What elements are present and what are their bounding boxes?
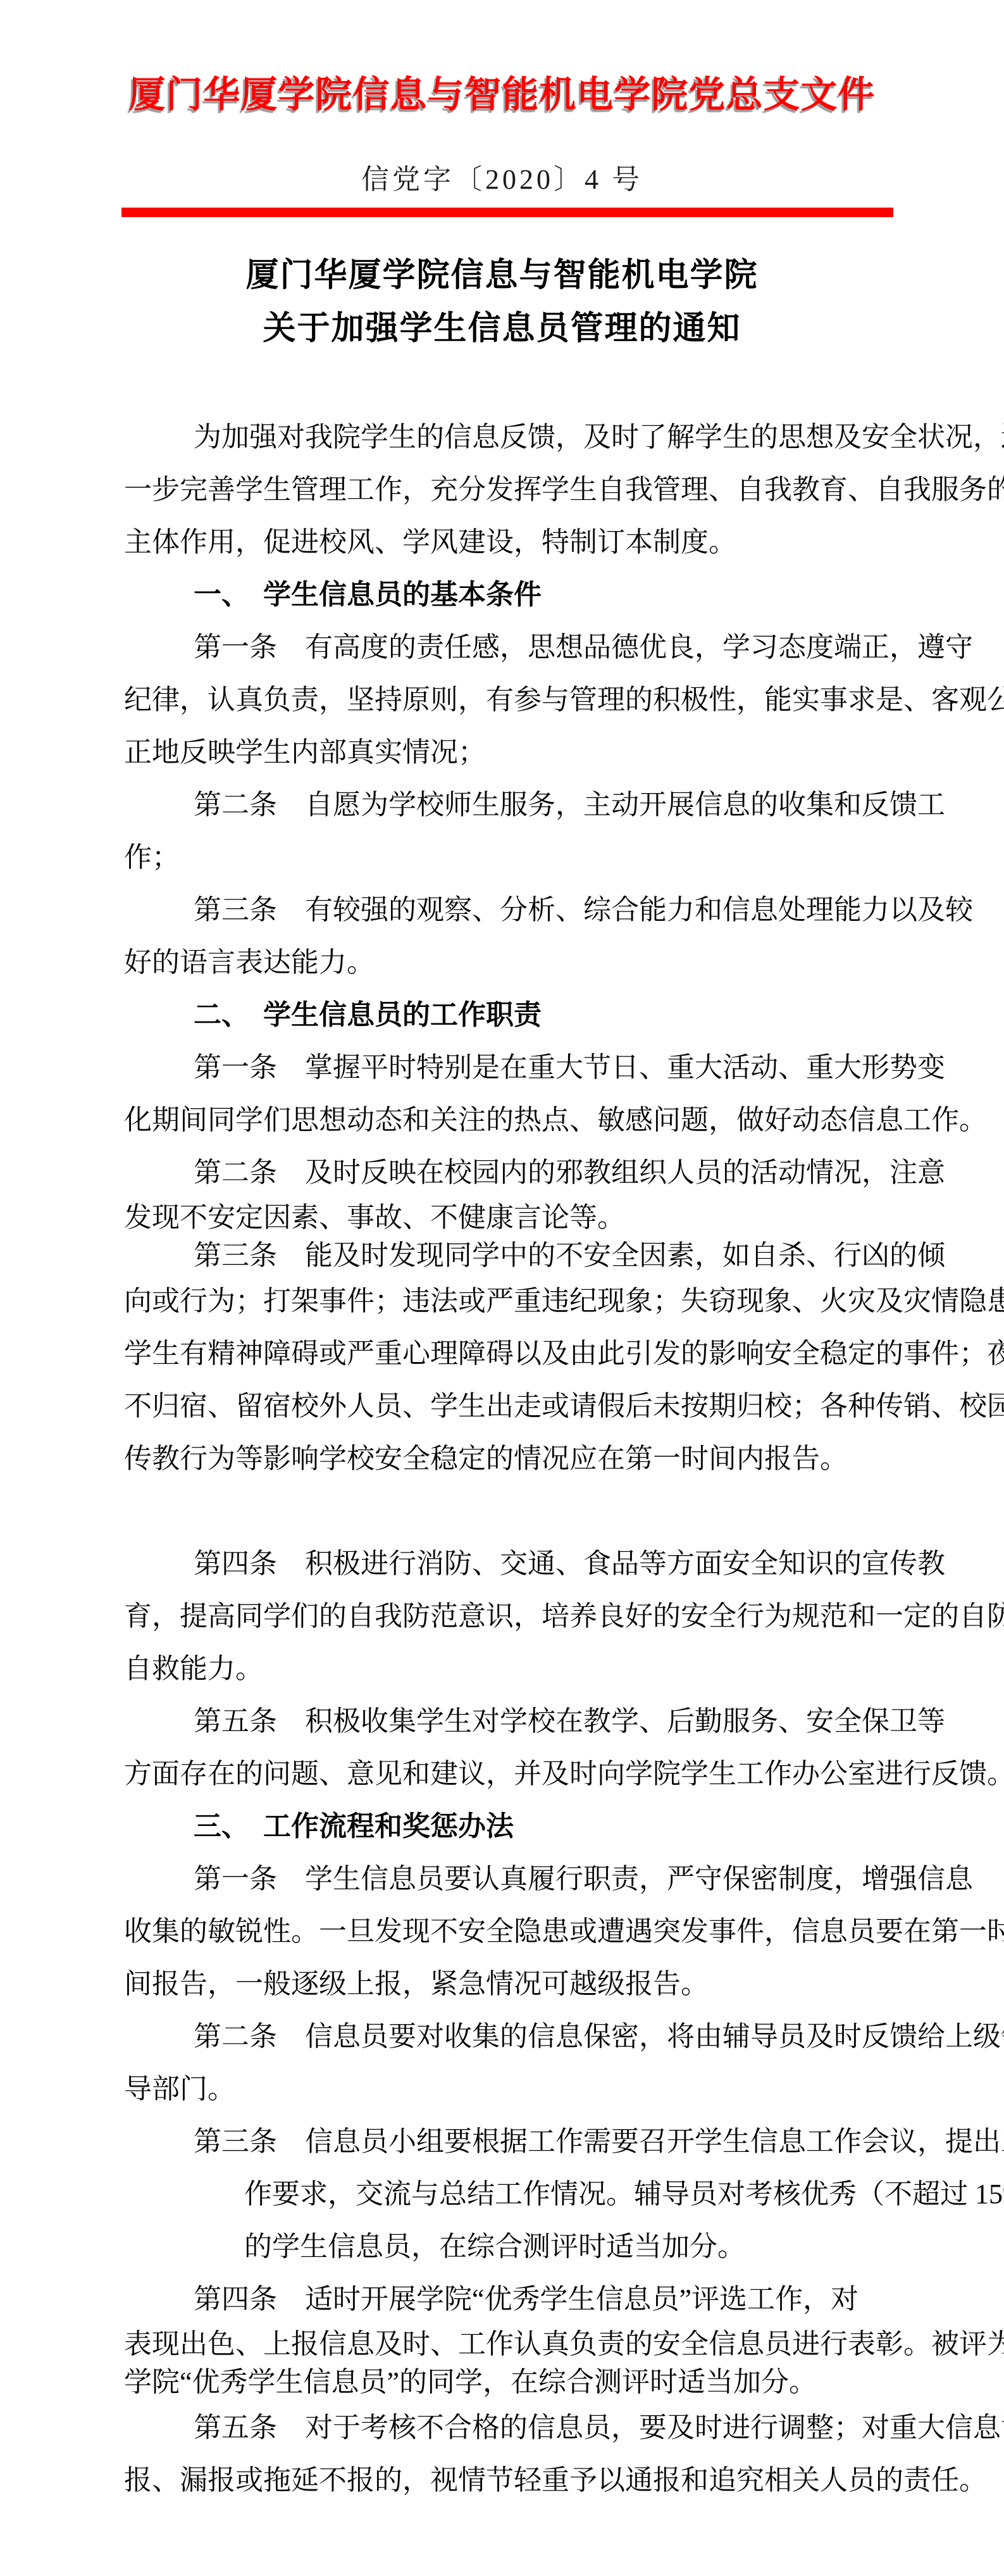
document-line: 第一条 掌握平时特别是在重大节日、重大活动、重大形势变 bbox=[124, 1038, 1004, 1091]
document-line: 收集的敏锐性。一旦发现不安全隐患或遭遇突发事件，信息员要在第一时 bbox=[124, 1902, 1004, 1954]
section-heading: 三、 工作流程和奖惩办法 bbox=[124, 1797, 1004, 1849]
document-line: 第五条 对于考核不合格的信息员，要及时进行调整；对重大信息谎 bbox=[124, 2398, 1004, 2451]
document-line: 学院“优秀学生信息员”的同学，在综合测评时适当加分。 bbox=[124, 2360, 1004, 2398]
document-line: 传教行为等影响学校安全稳定的情况应在第一时间内报告。 bbox=[124, 1429, 1004, 1482]
document-line: 间报告，一般逐级上报，紧急情况可越级报告。 bbox=[124, 1954, 1004, 2007]
document-line: 育，提高同学们的自我防范意识，培养良好的安全行为规范和一定的自防、 bbox=[124, 1587, 1004, 1639]
doc-number: 信党字〔2020〕4 号 bbox=[0, 165, 1004, 195]
document-line: 作； bbox=[124, 828, 1004, 880]
document-line: 表现出色、上报信息及时、工作认真负责的安全信息员进行表彰。被评为 bbox=[124, 2322, 1004, 2360]
document-title-line2: 关于加强学生信息员管理的通知 bbox=[0, 302, 1004, 355]
document-line: 第三条 信息员小组要根据工作需要召开学生信息工作会议，提出工 bbox=[124, 2112, 1004, 2165]
document-body: 为加强对我院学生的信息反馈，及时了解学生的思想及安全状况，进一步完善学生管理工作… bbox=[124, 408, 1004, 2503]
document-line: 导部门。 bbox=[124, 2060, 1004, 2112]
document-line: 向或行为；打架事件；违法或严重违纪现象；失窃现象、火灾及灾情隐患； bbox=[124, 1272, 1004, 1324]
document-line: 纪律，认真负责，坚持原则，有参与管理的积极性，能实事求是、客观公 bbox=[124, 670, 1004, 723]
document-line: 第一条 有高度的责任感，思想品德优良，学习态度端正，遵守 bbox=[124, 618, 1004, 670]
section-heading: 一、 学生信息员的基本条件 bbox=[124, 565, 1004, 618]
document-title-line1: 厦门华厦学院信息与智能机电学院 bbox=[0, 249, 1004, 302]
document-line: 第二条 信息员要对收集的信息保密，将由辅导员及时反馈给上级领 bbox=[124, 2007, 1004, 2060]
document-line: 的学生信息员，在综合测评时适当加分。 bbox=[124, 2217, 1004, 2270]
document-line: 第二条 自愿为学校师生服务，主动开展信息的收集和反馈工 bbox=[124, 775, 1004, 828]
document-line: 第二条 及时反映在校园内的邪教组织人员的活动情况，注意 bbox=[124, 1143, 1004, 1196]
paragraph-spacer bbox=[124, 1482, 1004, 1534]
document-line: 学生有精神障碍或严重心理障碍以及由此引发的影响安全稳定的事件；夜 bbox=[124, 1324, 1004, 1377]
document-line: 好的语言表达能力。 bbox=[124, 933, 1004, 985]
document-page: 厦门华厦学院信息与智能机电学院党总支文件 信党字〔2020〕4 号 厦门华厦学院… bbox=[0, 0, 1004, 2576]
document-line: 化期间同学们思想动态和关注的热点、敏感问题，做好动态信息工作。 bbox=[124, 1091, 1004, 1143]
document-line: 一步完善学生管理工作，充分发挥学生自我管理、自我教育、自我服务的 bbox=[124, 460, 1004, 513]
document-line: 自救能力。 bbox=[124, 1639, 1004, 1692]
document-line: 第五条 积极收集学生对学校在教学、后勤服务、安全保卫等 bbox=[124, 1692, 1004, 1744]
red-separator-line bbox=[121, 208, 893, 217]
document-line: 第三条 有较强的观察、分析、综合能力和信息处理能力以及较 bbox=[124, 880, 1004, 933]
document-title: 厦门华厦学院信息与智能机电学院 关于加强学生信息员管理的通知 bbox=[0, 249, 1004, 355]
document-line: 正地反映学生内部真实情况； bbox=[124, 723, 1004, 775]
document-line: 第三条 能及时发现同学中的不安全因素，如自杀、行凶的倾 bbox=[124, 1234, 1004, 1272]
document-line: 不归宿、留宿校外人员、学生出走或请假后未按期归校；各种传销、校园 bbox=[124, 1377, 1004, 1429]
document-line: 方面存在的问题、意见和建议，并及时向学院学生工作办公室进行反馈。 bbox=[124, 1744, 1004, 1797]
document-line: 第四条 适时开展学院“优秀学生信息员”评选工作，对 bbox=[124, 2270, 1004, 2322]
document-line: 第一条 学生信息员要认真履行职责，严守保密制度，增强信息 bbox=[124, 1849, 1004, 1902]
document-line: 第四条 积极进行消防、交通、食品等方面安全知识的宣传教 bbox=[124, 1534, 1004, 1587]
org-title: 厦门华厦学院信息与智能机电学院党总支文件 bbox=[0, 0, 1004, 115]
document-line: 主体作用，促进校风、学风建设，特制订本制度。 bbox=[124, 513, 1004, 565]
section-heading: 二、 学生信息员的工作职责 bbox=[124, 985, 1004, 1038]
document-line: 为加强对我院学生的信息反馈，及时了解学生的思想及安全状况，进 bbox=[124, 408, 1004, 460]
document-line: 作要求，交流与总结工作情况。辅导员对考核优秀（不超过 15%） bbox=[124, 2165, 1004, 2217]
document-line: 报、漏报或拖延不报的，视情节轻重予以通报和追究相关人员的责任。 bbox=[124, 2451, 1004, 2503]
document-line: 发现不安定因素、事故、不健康言论等。 bbox=[124, 1196, 1004, 1234]
